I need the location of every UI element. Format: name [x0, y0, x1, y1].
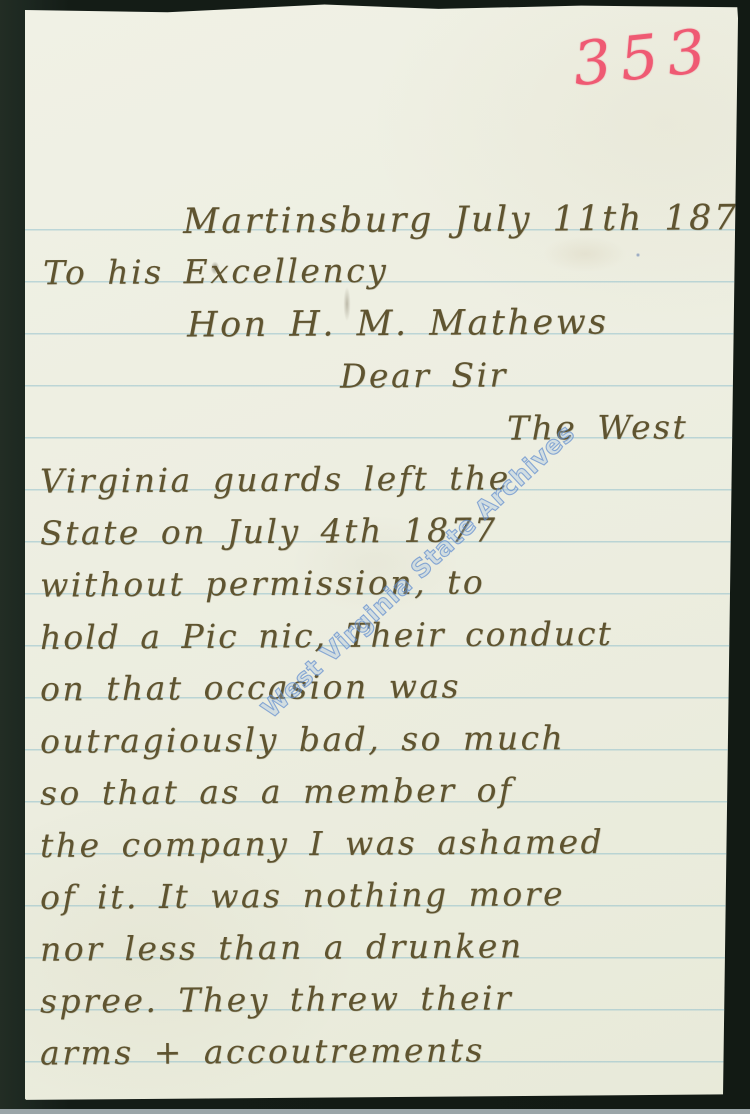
- archival-number: 353: [570, 21, 717, 95]
- dateline: Martinsburg July 11th 1877: [183, 201, 750, 240]
- recipient-name-line: Hon H. M. Mathews: [187, 306, 609, 344]
- body-line: Virginia guards left the: [40, 461, 511, 497]
- body-line: on that occasion was: [40, 670, 461, 706]
- body-line: outragiously bad, so much: [40, 721, 565, 758]
- scanner-edge-strip: [0, 1109, 750, 1114]
- body-line: arms + accoutrements: [40, 1033, 485, 1069]
- body-line: spree. They threw their: [40, 981, 513, 1017]
- body-line: the company I was ashamed: [40, 825, 604, 862]
- recipient-intro-line: To his Excellency: [43, 254, 389, 289]
- salutation-line: Dear Sir: [340, 358, 508, 392]
- body-line: of it. It was nothing more: [40, 877, 565, 914]
- letter-paper: Martinsburg July 11th 1877 To his Excell…: [25, 4, 738, 1101]
- body-line: so that as a member of: [40, 773, 514, 809]
- scanned-letter-page: Martinsburg July 11th 1877 To his Excell…: [0, 0, 750, 1114]
- body-line: nor less than a drunken: [40, 929, 524, 965]
- body-line: The West: [507, 410, 688, 444]
